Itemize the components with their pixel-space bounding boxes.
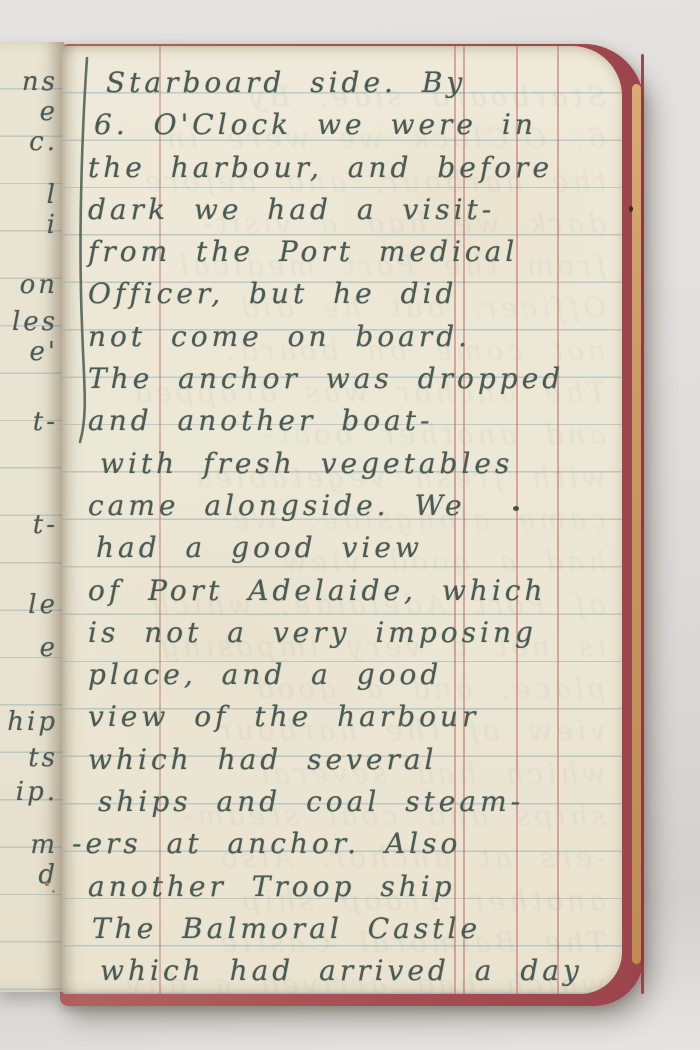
handwritten-line: which had several	[88, 739, 613, 781]
handwritten-line: place, and a good	[88, 654, 613, 696]
edge-speck	[629, 206, 633, 212]
text-fragment: c.	[29, 127, 58, 157]
handwritten-line: The anchor was dropped	[88, 358, 613, 400]
handwritten-line: 6. O'Clock we were in	[94, 104, 613, 146]
handwritten-line: view of the harbour	[88, 696, 613, 738]
handwritten-line: the harbour, and before	[88, 147, 613, 189]
text-fragment: e'	[29, 337, 58, 367]
text-fragment: ns	[22, 67, 58, 97]
handwritten-text: Starboard side. By 6. O'Clock we were in…	[88, 62, 613, 993]
text-fragment: le	[28, 590, 58, 620]
handwritten-line: of Port Adelaide, which	[88, 570, 613, 612]
handwritten-line: from the Port medical	[88, 231, 613, 273]
handwritten-line: Officer, but he did	[88, 273, 613, 315]
left-page: ns e c. l i on les e' t- t- le e hip ts …	[0, 42, 64, 992]
handwritten-line: The Balmoral Castle	[92, 908, 613, 950]
text-fragment: les	[12, 307, 58, 337]
handwritten-line: had a good view	[96, 527, 613, 569]
page-block-tan-deckle	[632, 84, 641, 964]
text-fragment: ts	[28, 743, 58, 773]
text-fragment: t-	[33, 407, 58, 437]
handwritten-line: with fresh vegetables	[100, 443, 613, 485]
handwritten-line: another Troop ship	[88, 866, 613, 908]
stain-speck	[45, 882, 49, 886]
text-fragment: ip.	[16, 777, 58, 807]
cover-edge-line	[641, 54, 644, 994]
handwritten-line: not come on board.	[88, 316, 613, 358]
text-fragment: t-	[33, 510, 58, 540]
handwritten-line: ships and coal steam-	[98, 781, 613, 823]
text-fragment: hip	[7, 707, 58, 737]
handwritten-line: dark we had a visit-	[88, 189, 613, 231]
ink-speck	[513, 506, 519, 511]
handwritten-line: which had arrived a day	[100, 950, 613, 992]
stain-speck	[52, 890, 55, 893]
handwritten-line: came alongside. We	[88, 485, 613, 527]
diary-page: Starboard side. By6. O'Clock we were in …	[62, 46, 622, 994]
text-fragment: on	[20, 270, 58, 300]
handwritten-line: -ers at anchor. Also	[72, 823, 613, 865]
text-fragment: l	[47, 180, 58, 210]
text-fragment: e	[40, 633, 58, 663]
text-fragment: i	[47, 210, 58, 240]
handwritten-line: and another boat-	[88, 400, 613, 442]
text-fragment: m	[30, 830, 58, 860]
text-fragment: e	[40, 97, 58, 127]
photo-background: ns e c. l i on les e' t- t- le e hip ts …	[0, 0, 700, 1050]
handwritten-line: Starboard side. By	[106, 62, 613, 104]
handwritten-line: is not a very imposing	[88, 612, 613, 654]
